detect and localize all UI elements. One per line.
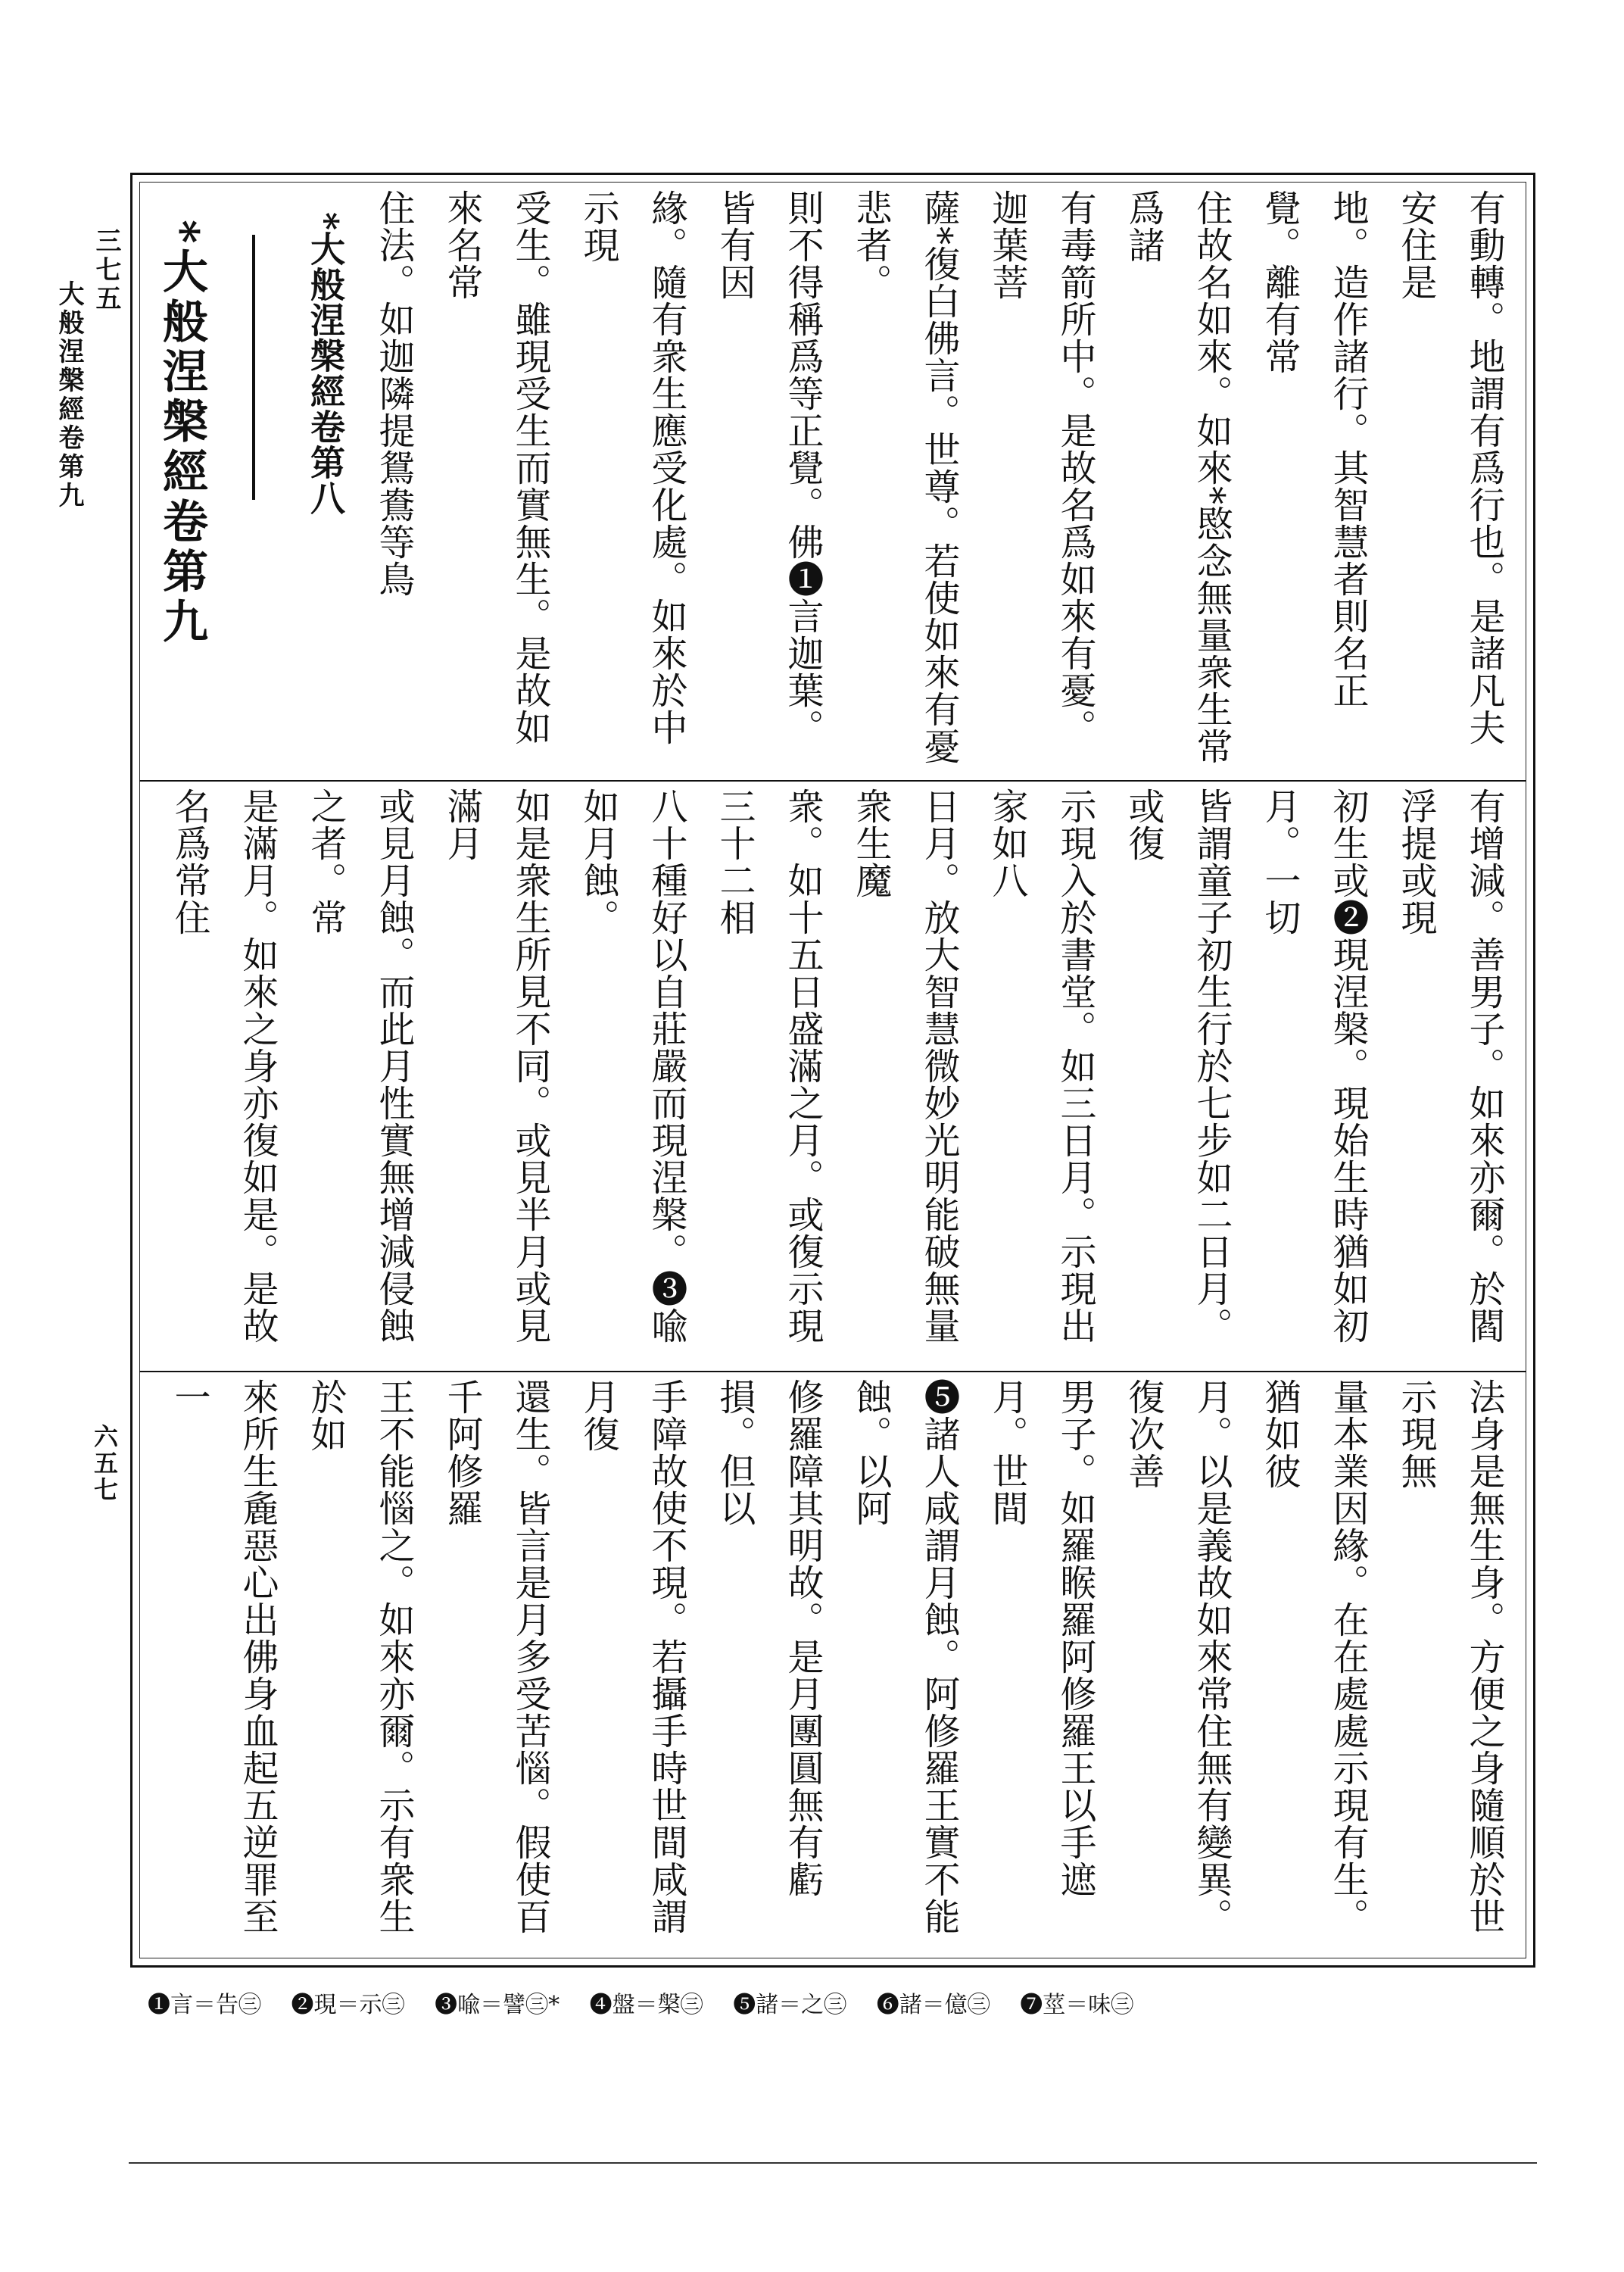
text-column: 法身是無生身。方便之身隨順於世示現無 xyxy=(1382,1378,1518,1954)
footnote: ❺諸＝之㊂ xyxy=(733,1992,846,2018)
text-column: 不變。復次善男子。譬如滿月一切悉現。在在 xyxy=(148,788,155,1363)
register-divider-1 xyxy=(139,780,1526,782)
footnote: ❹盤＝槃㊂ xyxy=(590,1992,703,2018)
text-column: 男子。如羅睺羅阿修羅王以手遮月。世間 xyxy=(973,1378,1109,1954)
register-bottom: 法身是無生身。方便之身隨順於世示現無 量本業因緣。在在處處示現有生。猶如彼 月。… xyxy=(148,1378,1518,1954)
text-column: 地。造作諸行。其智慧者則名正覺。離有常 xyxy=(1245,189,1382,772)
text-column: 來所生麁惡心出佛身血起五逆罪至一 xyxy=(155,1378,291,1954)
text-column: 示現入於書堂。如三日月。示現出家如八 xyxy=(973,788,1109,1363)
text-column: 有動轉。地謂有爲行也。是諸凡夫安住是 xyxy=(1382,189,1518,772)
text-column: 還生。皆言是月多受苦惱。假使百千阿修羅 xyxy=(428,1378,564,1954)
register-middle-columns: 有增減。善男子。如來亦爾。於閻浮提或現 初生或❷現涅槃。現始生時猶如初月。一切 … xyxy=(148,788,1518,1363)
footnotes: ❶言＝告㊂ ❷現＝示㊂ ❸喩＝譬㊂* ❹盤＝槃㊂ ❺諸＝之㊂ ❻諸＝億㊂ ❼莖＝… xyxy=(148,1986,1156,2019)
text-column: 王不能惱之。如來亦爾。示有衆生於如 xyxy=(291,1378,428,1954)
section-divider xyxy=(252,235,255,500)
text-column: 八十種好以自莊嚴而現涅槃。❸喩如月蝕。 xyxy=(564,788,700,1363)
footnote: ❸喩＝譬㊂* xyxy=(435,1992,560,2018)
page-number-bottom: 六五七 xyxy=(87,1424,122,1503)
text-column: 闡提。爲未來世諸衆生故。如是示現壞僧 xyxy=(148,1378,155,1954)
register-top: 有動轉。地謂有爲行也。是諸凡夫安住是 地。造作諸行。其智慧者則名正覺。離有常 住… xyxy=(148,189,1518,772)
text-column: 是滿月。如來之身亦復如是。是故名爲常住 xyxy=(155,788,291,1363)
text-column: 如是衆生所見不同。或見半月或見滿月 xyxy=(428,788,564,1363)
footnote: ❻諸＝億㊂ xyxy=(877,1992,990,2018)
text-column: 住法。如迦隣提鴛鴦等鳥 xyxy=(360,189,428,772)
text-column: 皆謂童子初生行於七步如二日月。或復 xyxy=(1109,788,1245,1363)
text-column: 薩*復白佛言。世尊。若使如來有憂悲者。 xyxy=(837,189,973,772)
footnote: ❼莖＝味㊂ xyxy=(1020,1992,1133,2018)
bottom-rule xyxy=(129,2162,1537,2164)
text-column: 月。以是義故如來常住無有變異。復次善 xyxy=(1109,1378,1245,1954)
text-column: 有毒箭所中。是故名爲如來有憂。迦葉菩 xyxy=(973,189,1109,772)
footnote: ❷現＝示㊂ xyxy=(291,1992,405,2018)
register-divider-2 xyxy=(139,1371,1526,1372)
text-column: ❺諸人咸謂月蝕。阿修羅王實不能蝕。以阿 xyxy=(837,1378,973,1954)
register-middle: 有增減。善男子。如來亦爾。於閻浮提或現 初生或❷現涅槃。現始生時猶如初月。一切 … xyxy=(148,788,1518,1363)
text-column: 日月。放大智慧微妙光明能破無量衆生魔 xyxy=(837,788,973,1363)
text-column: 則不得稱爲等正覺。佛❶言迦葉。皆有因 xyxy=(700,189,837,772)
text-column: 或見月蝕。而此月性實無增減侵蝕之者。常 xyxy=(291,788,428,1363)
footnote: ❶言＝告㊂ xyxy=(148,1992,261,2018)
margin-header: 三七五 大般涅槃經卷第九 xyxy=(79,227,125,510)
page-number-top: 三七五 xyxy=(91,227,121,314)
text-column: 衆。如十五日盛滿之月。或復示現三十二相 xyxy=(700,788,837,1363)
text-column: 初生或❷現涅槃。現始生時猶如初月。一切 xyxy=(1245,788,1382,1363)
register-top-columns: 有動轉。地謂有爲行也。是諸凡夫安住是 地。造作諸行。其智慧者則名正覺。離有常 住… xyxy=(148,189,1518,772)
text-column: 手障故使不現。若攝手時世間咸謂月復 xyxy=(564,1378,700,1954)
text-column: 受生。雖現受生而實無生。是故如來名常 xyxy=(428,189,564,772)
text-column: 緣。隨有衆生應受化處。如來於中示現 xyxy=(564,189,700,772)
text-column: 有增減。善男子。如來亦爾。於閻浮提或現 xyxy=(1382,788,1518,1363)
volume-title: *大般涅槃經卷第九 xyxy=(148,189,216,772)
text-column: 住故名如來。如來*愍念無量衆生常爲諸 xyxy=(1109,189,1245,772)
volume-end-title: *大般涅槃經卷第八 xyxy=(291,189,360,772)
text-column: 修羅障其明故。是月團圓無有虧損。但以 xyxy=(700,1378,837,1954)
text-column: 量本業因緣。在在處處示現有生。猶如彼 xyxy=(1245,1378,1382,1954)
running-title: 大般涅槃經卷第九 xyxy=(51,280,88,510)
register-bottom-columns: 法身是無生身。方便之身隨順於世示現無 量本業因緣。在在處處示現有生。猶如彼 月。… xyxy=(148,1378,1518,1954)
